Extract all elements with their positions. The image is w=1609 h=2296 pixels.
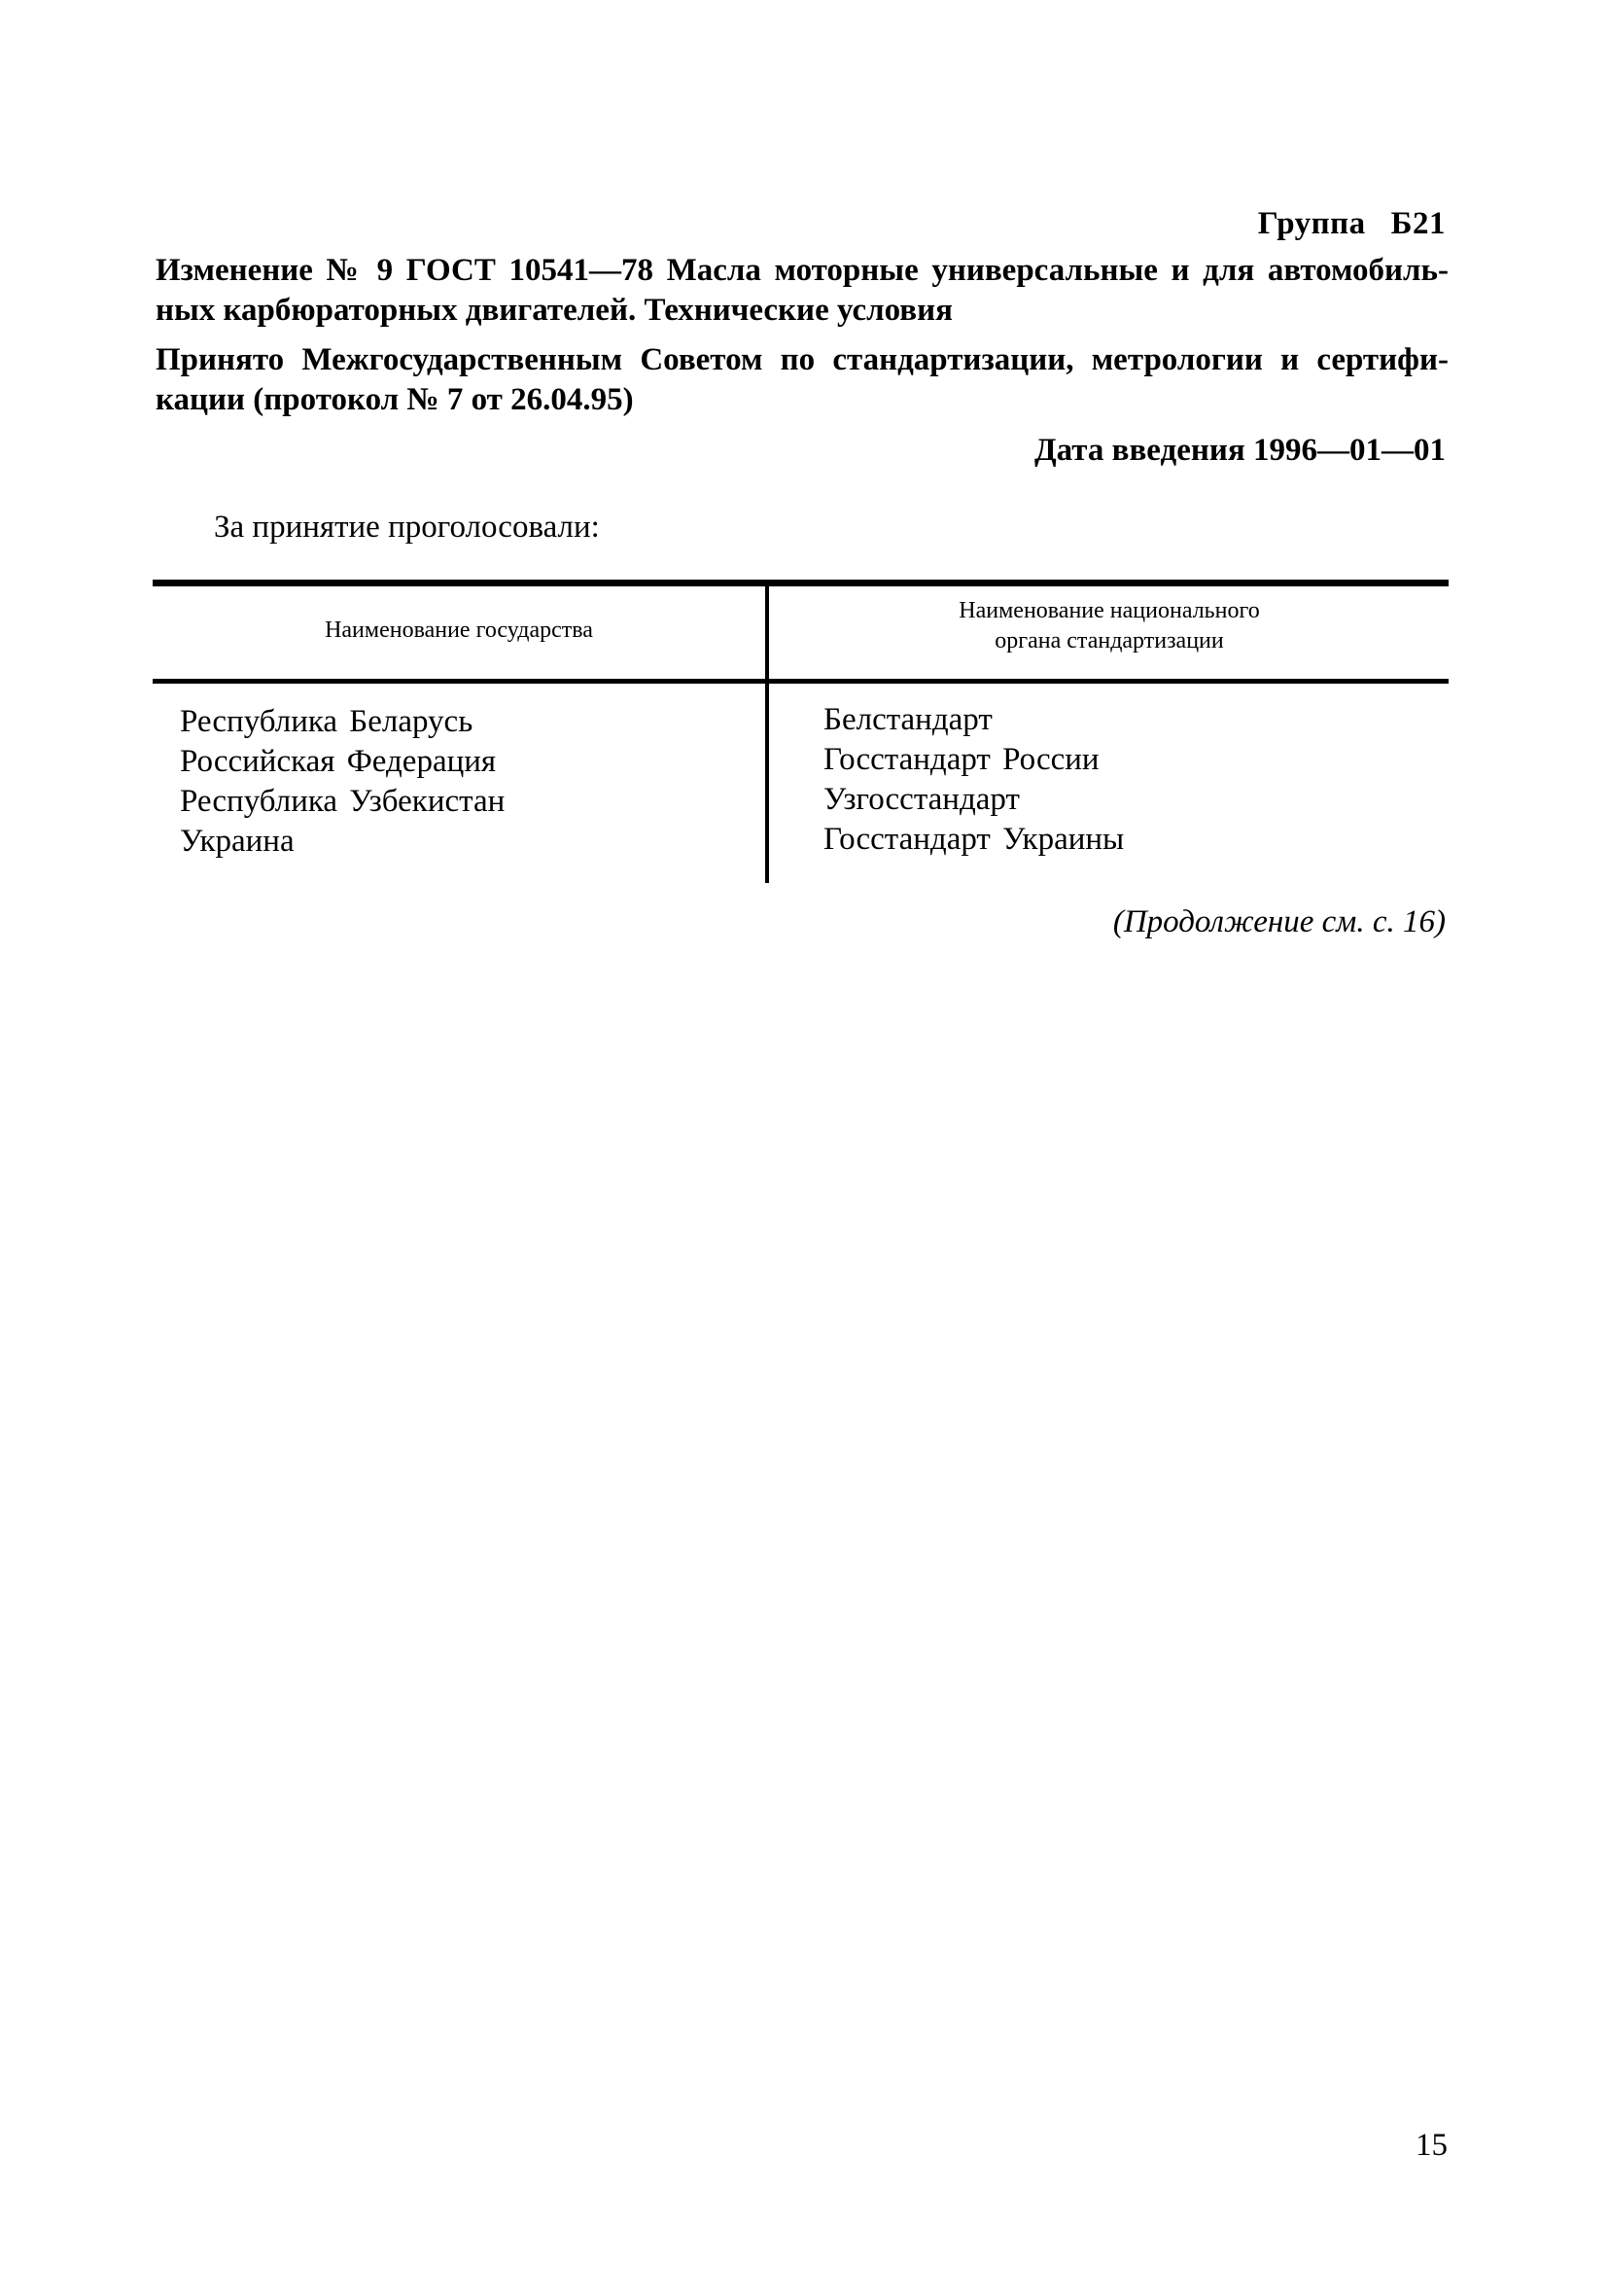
state-cell: Республика Узбекистан: [180, 782, 505, 822]
document-page: ГруппаБ21 Изменение № 9 ГОСТ 10541—78 Ма…: [0, 0, 1609, 2296]
states-column: Республика Беларусь Российская Федерация…: [180, 702, 505, 862]
continuation-note: (Продолжение см. с. 16): [1113, 904, 1446, 940]
change-title: Изменение № 9 ГОСТ 10541—78 Масла моторн…: [156, 251, 1449, 331]
group-code: Б21: [1391, 206, 1446, 241]
header-standards-body-text: Наименование национальногооргана стандар…: [959, 598, 1259, 653]
header-standards-body: Наименование национальногооргана стандар…: [769, 596, 1450, 656]
voted-label: За принятие проголосовали:: [214, 510, 600, 546]
group-label: ГруппаБ21: [1258, 206, 1446, 242]
header-state-name: Наименование государства: [153, 616, 765, 646]
standards-body-cell: Узгосстандарт: [823, 780, 1124, 820]
standards-body-cell: Госстандарт Украины: [823, 820, 1124, 860]
table-header-rule: [153, 679, 1449, 684]
voting-table: Наименование государства Наименование на…: [153, 580, 1449, 881]
date-introduced: Дата введения 1996—01—01: [1034, 433, 1446, 469]
state-cell: Украина: [180, 822, 505, 862]
standards-body-cell: Белстандарт: [823, 700, 1124, 740]
group-word: Группа: [1258, 206, 1366, 241]
state-cell: Российская Федерация: [180, 742, 505, 782]
state-cell: Республика Беларусь: [180, 702, 505, 742]
table-top-rule: [153, 580, 1449, 586]
adoption-statement: Принято Межгосударственным Советом по ст…: [156, 340, 1449, 420]
standards-body-cell: Госстандарт России: [823, 740, 1124, 780]
page-number: 15: [1416, 2128, 1448, 2164]
standards-bodies-column: Белстандарт Госстандарт России Узгосстан…: [823, 700, 1124, 860]
